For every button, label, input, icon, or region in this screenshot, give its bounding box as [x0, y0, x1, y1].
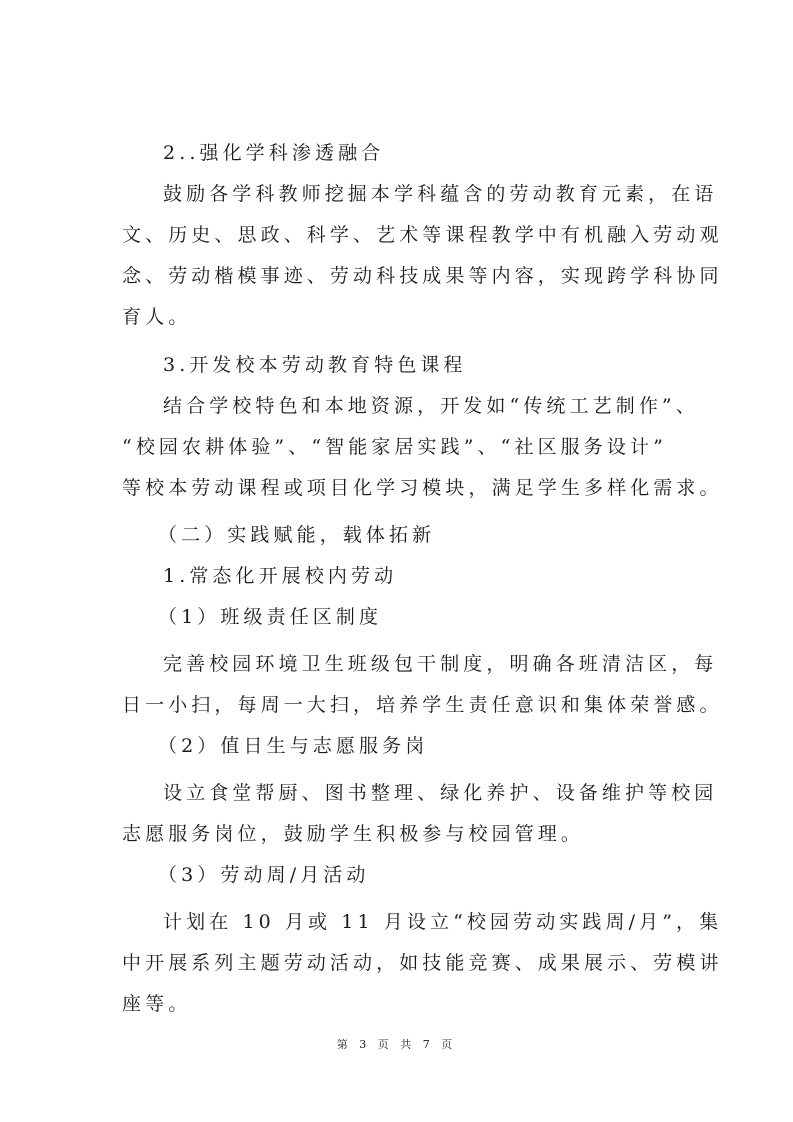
item-heading: （2）值日生与志愿服务岗	[122, 734, 713, 758]
paragraph-line: 座等。	[122, 992, 677, 1016]
page-number-footer: 第 3 页 共 7 页	[0, 1036, 793, 1052]
section-heading: 2..强化学科渗透融合	[122, 141, 718, 165]
paragraph-line: 念、劳动楷模事迹、劳动科技成果等内容，实现跨学科协同	[122, 264, 677, 288]
section-heading: （二）实践赋能，载体拓新	[122, 523, 713, 547]
paragraph-line: 日一小扫，每周一大扫，培养学生责任意识和集体荣誉感。	[122, 693, 677, 717]
paragraph-line: 志愿服务岗位，鼓励学生积极参与校园管理。	[122, 822, 677, 846]
paragraph-line: 设立食堂帮厨、图书整理、绿化养护、设备维护等校园	[122, 781, 718, 805]
item-heading: （3）劳动周/月活动	[122, 863, 713, 887]
paragraph-line: 育人。	[122, 305, 677, 329]
paragraph-line: 结合学校特色和本地资源，开发如“传统工艺制作”、	[122, 394, 718, 418]
section-heading: 3.开发校本劳动教育特色课程	[122, 353, 718, 377]
document-page: 2..强化学科渗透融合 鼓励各学科教师挖掘本学科蕴含的劳动教育元素，在语 文、历…	[0, 0, 793, 1122]
paragraph-line: 等校本劳动课程或项目化学习模块，满足学生多样化需求。	[122, 476, 677, 500]
paragraph-line: 完善校园环境卫生班级包干制度，明确各班清洁区，每	[122, 652, 718, 676]
paragraph-line: 中开展系列主题劳动活动，如技能竞赛、成果展示、劳模讲	[122, 951, 677, 975]
subsection-heading: 1.常态化开展校内劳动	[122, 564, 718, 588]
item-heading: （1）班级责任区制度	[122, 605, 713, 629]
paragraph-line: 文、历史、思政、科学、艺术等课程教学中有机融入劳动观	[122, 223, 677, 247]
paragraph-line: 鼓励各学科教师挖掘本学科蕴含的劳动教育元素，在语	[122, 182, 718, 206]
paragraph-line: “校园农耕体验”、“智能家居实践”、“社区服务设计”	[122, 435, 677, 459]
paragraph-line: 计划在 10 月或 11 月设立“校园劳动实践周/月”，集	[122, 910, 718, 934]
